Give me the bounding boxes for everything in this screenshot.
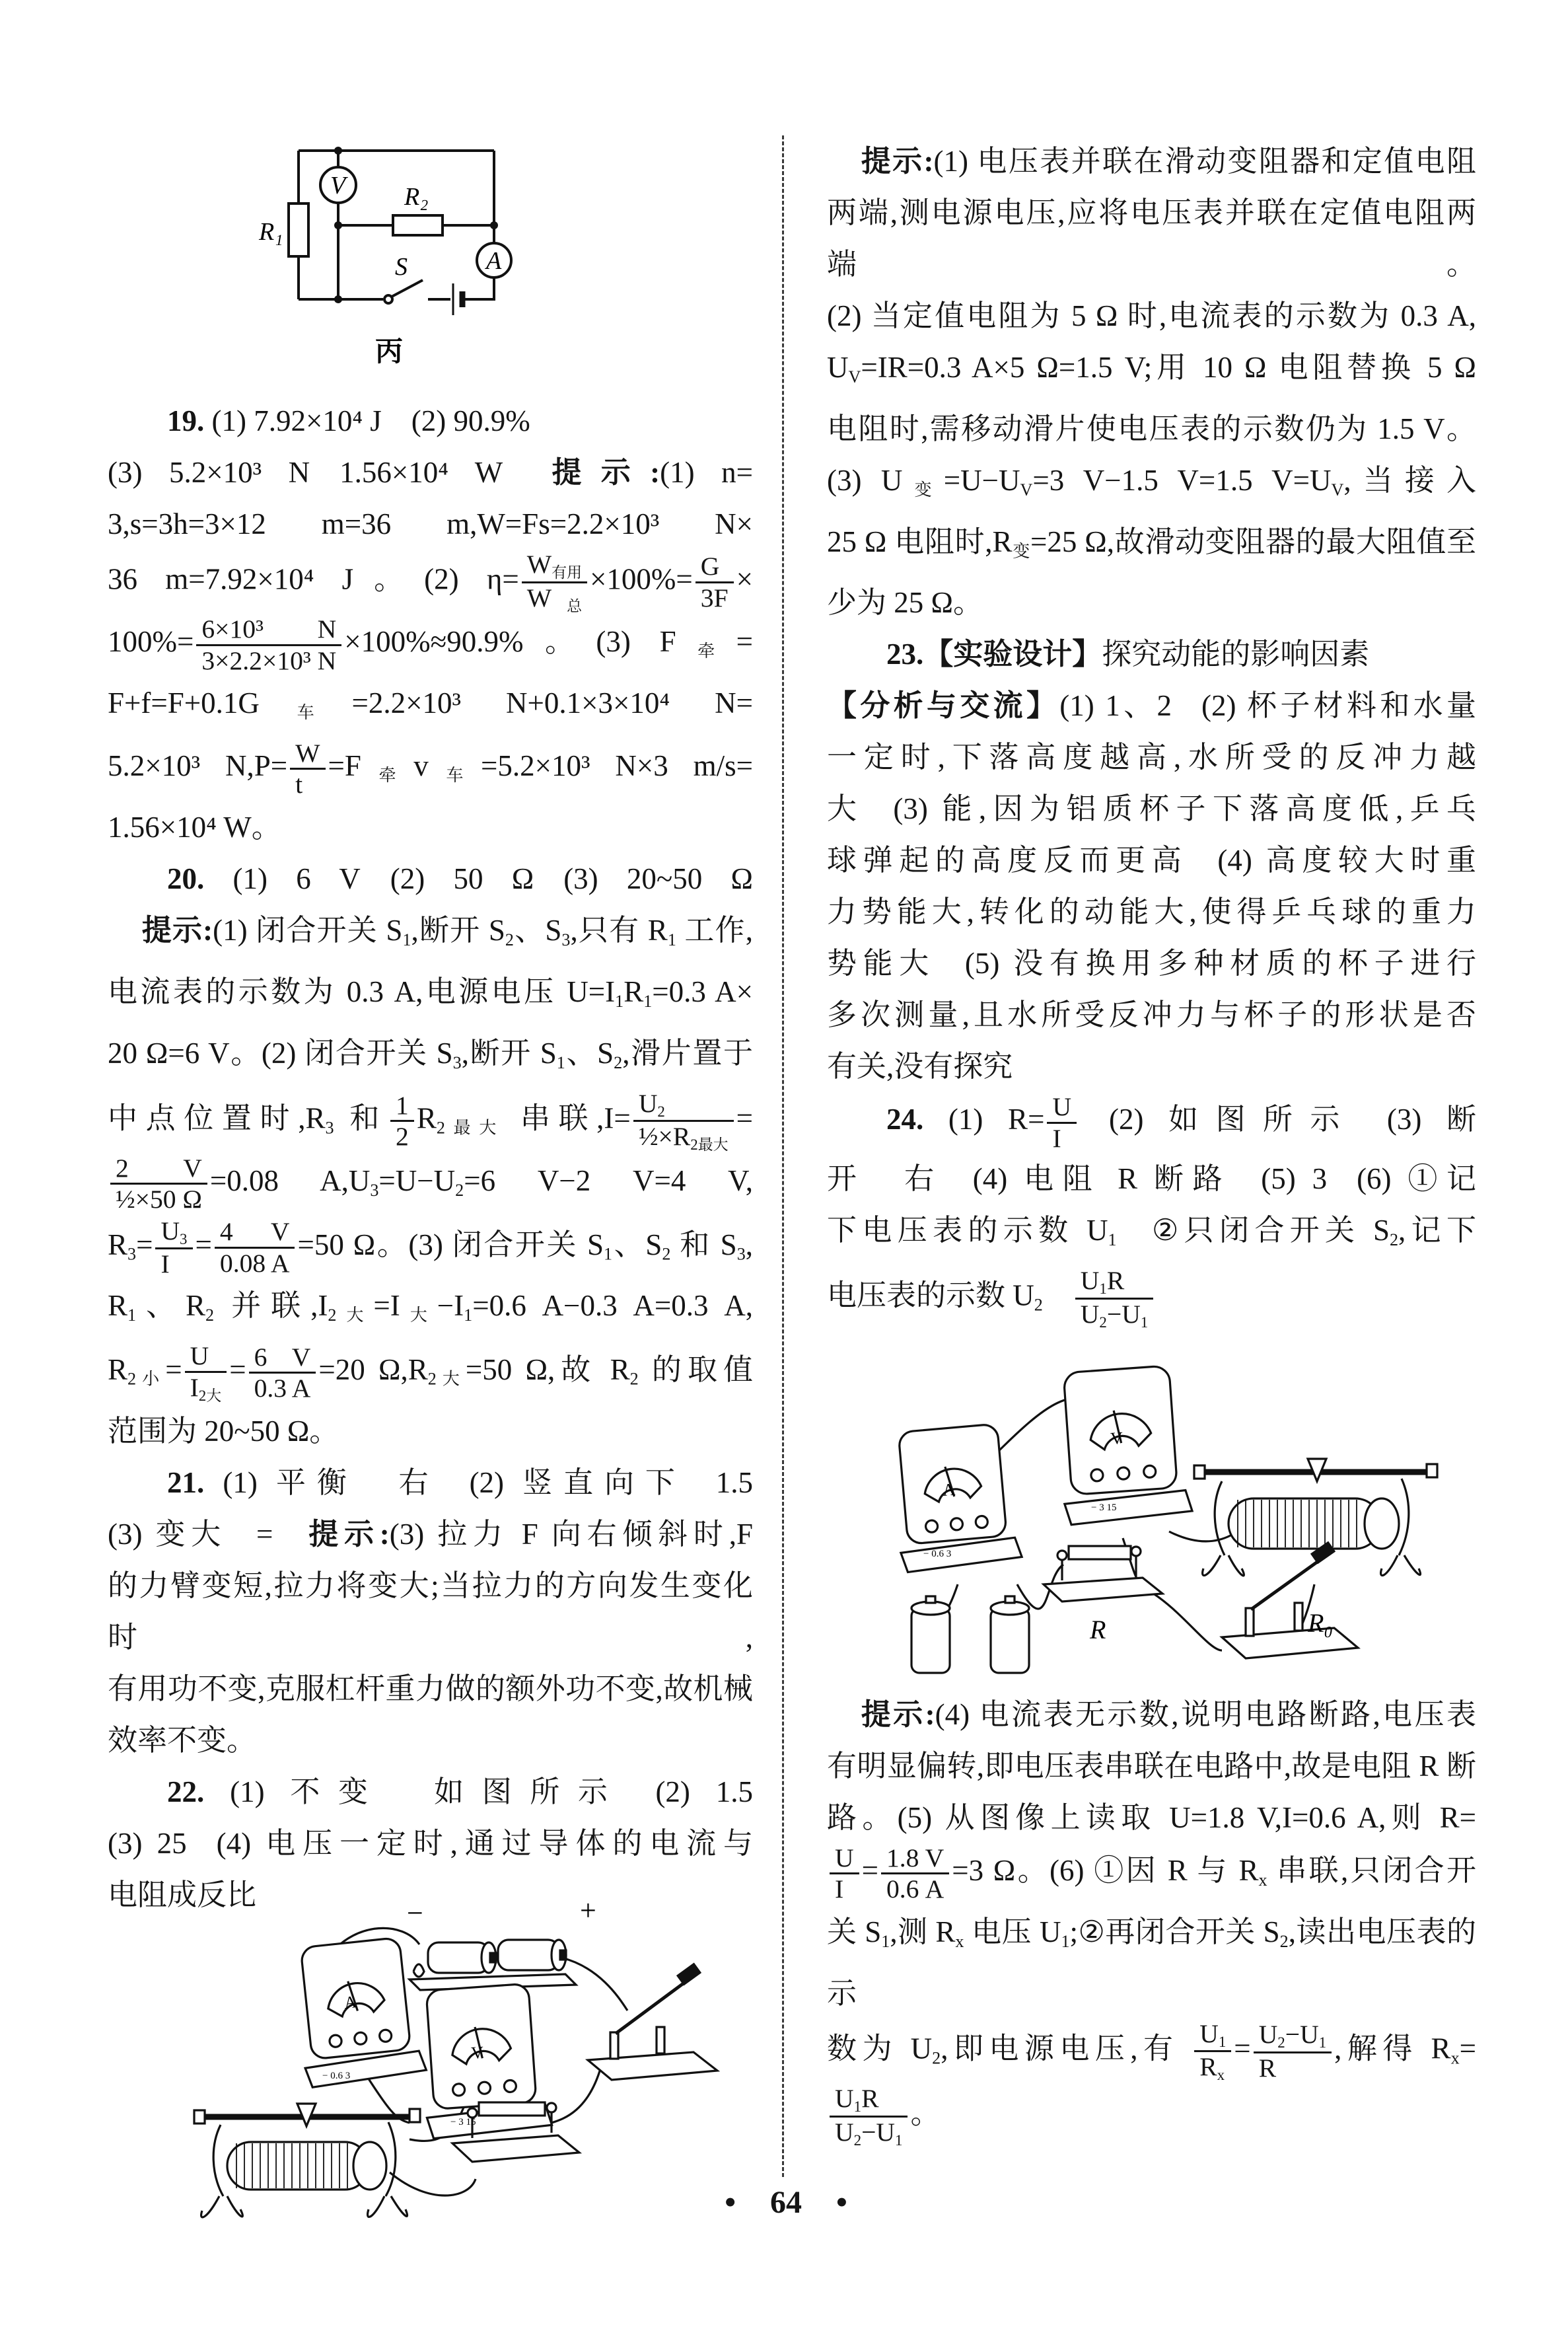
text-line: (3) 5.2×10³ N 1.56×10⁴ W 提示:(1) n= (108, 447, 753, 498)
text-line: (3) 变大 = 提示:(3) 拉力 F 向右倾斜时,F (108, 1508, 753, 1560)
text-line: 提示:(4) 电流表无示数,说明电路断路,电压表 (827, 1689, 1476, 1740)
text-line: 2 V½×50 Ω=0.08 A,U3=U−U2=6 V−2 V=4 V, (108, 1154, 753, 1216)
text-line: 提示:(1) 电压表并联在滑动变阻器和定值电阻 (827, 135, 1476, 187)
text-line: UI=1.8 V0.6 A=3 Ω。(6) ①因 R 与 Rx 串联,只闭合开 (827, 1843, 1476, 1906)
text-line: F+f=F+0.1G车=2.2×10³ N+0.1×3×10⁴ N= (108, 677, 753, 739)
voltmeter-terminal-marks: − 3 15 (1091, 1502, 1116, 1513)
text-line: 20. (1) 6 V (2) 50 Ω (3) 20~50 Ω (108, 853, 753, 904)
coil-body (1229, 1498, 1380, 1549)
switch-label: S (395, 253, 408, 281)
footer-bullet: • (725, 2185, 736, 2220)
text-line: 25 Ω 电阻时,R变=25 Ω,故滑动变阻器的最大阻值至 (827, 516, 1476, 577)
text-line: 少为 25 Ω。 (827, 577, 1476, 628)
text-line: 电流表的示数为 0.3 A,电源电压 U=I1R1=0.3 A× (108, 966, 753, 1027)
text-line: R2小=UI2大=6 V0.3 A=20 Ω,R2大=50 Ω,故 R2 的取值 (108, 1341, 753, 1405)
voltmeter-letter: V (470, 2043, 484, 2063)
text-line: 势能大 (5) 没有换用多种材质的杯子进行 (827, 938, 1476, 989)
resistor-R1-symbol (289, 203, 308, 256)
text-line: 力势能大,转化的动能大,使得乒乓球的重力 (827, 886, 1476, 938)
resistor-R-illustration (452, 2102, 579, 2162)
text-line: 关 S1,测 Rx 电压 U1;②再闭合开关 S2,读出电压表的示 (827, 1906, 1476, 2019)
switch-illustration (588, 1964, 717, 2080)
junction-dot (490, 221, 498, 229)
text-line: 球弹起的高度反而更高 (4) 高度较大时重 (827, 834, 1476, 886)
text-line: 范围为 20~50 Ω。 (108, 1405, 753, 1457)
text-line: (3) 25 (4) 电压一定时,通过导体的电流与 (108, 1818, 753, 1869)
text-line: (3) U变=U−UV=3 V−1.5 V=1.5 V=UV,当接入 (827, 455, 1476, 516)
footer-page-value: 64 (770, 2185, 802, 2220)
text-line: R1、R2 并联,I2大=I大−I1=0.6 A−0.3 A=0.3 A, (108, 1280, 753, 1341)
junction-dot (334, 147, 342, 155)
text-line: UV=IR=0.3 A×5 Ω=1.5 V;用 10 Ω 电阻替换 5 Ω (827, 342, 1476, 403)
wire (464, 277, 494, 299)
text-line: 多次测量,且水所受反冲力与杯子的形状是否 (827, 989, 1476, 1041)
right-column-top: 提示:(1) 电压表并联在滑动变阻器和定值电阻两端,测电源电压,应将电压表并联在… (827, 135, 1476, 1331)
resistor-R-label: R (1089, 1615, 1106, 1644)
text-line: 电阻时,需移动滑片使电压表的示数仍为 1.5 V。 (827, 403, 1476, 455)
resistor-plate (1044, 1578, 1162, 1602)
text-line: 数为 U2,即电源电压,有 U1Rx=U2−U1R,解得 Rx= (827, 2019, 1476, 2084)
junction-dot (334, 221, 342, 229)
column-divider (782, 135, 784, 2177)
voltmeter-terminal-marks: − 3 15 (450, 2117, 476, 2127)
text-line: 的力臂变短,拉力将变大;当拉力的方向发生变化时, (108, 1560, 753, 1663)
text-line: (2) 当定值电阻为 5 Ω 时,电流表的示数为 0.3 A, (827, 290, 1476, 342)
text-line: 中点位置时,R3 和12R2最大 串联,I=U2½×R2最大= (108, 1089, 753, 1154)
text-line: 提示:(1) 闭合开关 S1,断开 S2、S3,只有 R1 工作, (108, 904, 753, 966)
left-column: 19. (1) 7.92×10⁴ J (2) 90.9%(3) 5.2×10³ … (108, 395, 753, 1921)
battery-holder-illustration (410, 1940, 576, 1990)
text-line: 20 Ω=6 V。(2) 闭合开关 S3,断开 S1、S2,滑片置于 (108, 1027, 753, 1089)
switch-base (588, 2052, 717, 2080)
r2-label: R₂ (404, 183, 428, 211)
text-line: 有关,没有探究 (827, 1041, 1476, 1092)
battery-cells-illustration (911, 1596, 1029, 1673)
switch-handle (678, 1964, 700, 1985)
ammeter-letter: A (343, 1992, 358, 2012)
feet (201, 2196, 408, 2217)
text-line: 路。(5) 从图像上读取 U=1.8 V,I=0.6 A,则 R= (827, 1792, 1476, 1843)
switch-base (1222, 1628, 1358, 1658)
experiment-setup-illustration-24: A − 0.6 3 V − 3 15 R R₀ (852, 1366, 1486, 1683)
text-line: 1.56×10⁴ W。 (108, 801, 753, 853)
text-line: 19. (1) 7.92×10⁴ J (2) 90.9% (108, 395, 753, 447)
spring-contact (413, 1964, 424, 1977)
workbook-answer-page: R₁ R₂ V A S 丙 19. (1) 7.92×10⁴ J (2) 90.… (0, 0, 1568, 2325)
r1-label: R₁ (258, 218, 283, 246)
text-line: 下电压表的示数 U1 ②只闭合开关 S2,记下 (827, 1204, 1476, 1266)
voltmeter-letter: V (330, 172, 348, 200)
resistor-R2-symbol (393, 215, 443, 235)
text-line: 一定时,下落高度越高,水所受的反冲力越 (827, 731, 1476, 783)
text-line: 两端,测电源电压,应将电压表并联在定值电阻两端。 (827, 187, 1476, 290)
text-line: 效率不变。 (108, 1715, 753, 1766)
text-line: 5.2×10³ N,P=Wt=F牵v车=5.2×10³ N×3 m/s= (108, 739, 753, 801)
ammeter-illustration (890, 1422, 1022, 1572)
junction-dot (334, 295, 342, 303)
page-number: •64• (670, 2184, 902, 2221)
footer-bullet: • (836, 2185, 847, 2220)
ammeter-letter: A (942, 1479, 956, 1500)
ammeter-terminal-marks: − 0.6 3 (322, 2071, 350, 2081)
meter-base (1064, 1490, 1192, 1525)
rheostat-illustration (194, 2104, 420, 2217)
voltmeter-letter: V (1110, 1428, 1123, 1448)
resistor-R-illustration (1044, 1546, 1162, 1602)
ammeter-letter: A (484, 247, 502, 275)
text-line: 大 (3) 能,因为铝质杯子下落高度低,乒乓 (827, 783, 1476, 834)
battery-minus-sign: − (407, 1897, 423, 1929)
figure-caption: 丙 (375, 337, 403, 367)
circuit-diagram-figure: R₁ R₂ V A S 丙 (258, 131, 535, 375)
text-line: 100%=6×10³ N3×2.2×10³ N×100%≈90.9%。(3) F… (108, 614, 753, 677)
ammeter-illustration (293, 1936, 427, 2088)
text-line: 24. (1) R=UI (2) 如图所示 (3) 断 (827, 1092, 1476, 1153)
text-line: 有明显偏转,即电压表串联在电路中,故是电阻 R 断 (827, 1740, 1476, 1792)
experiment-setup-illustration-22: − + A − 0.6 3 V − 3 15 (192, 1895, 760, 2212)
rheostat-R0-label: R₀ (1307, 1608, 1333, 1638)
right-column-bottom: 提示:(4) 电流表无示数,说明电路断路,电压表有明显偏转,即电压表串联在电路中… (827, 1689, 1476, 2149)
text-line: R3=U3I=4 V0.08 A=50 Ω。(3) 闭合开关 S1、S2 和 S… (108, 1216, 753, 1280)
text-line: 22. (1) 不变 如图所示 (2) 1.5 (108, 1766, 753, 1818)
ammeter-terminal-marks: − 0.6 3 (923, 1549, 951, 1559)
text-line: 【分析与交流】(1) 1、2 (2) 杯子材料和水量 (827, 680, 1476, 731)
text-line: 3,s=3h=3×12 m=36 m,W=Fs=2.2×10³ N× (108, 498, 753, 550)
text-line: 开 右 (4) 电阻 R 断路 (5) 3 (6) ①记 (827, 1153, 1476, 1204)
voltmeter-illustration (1055, 1364, 1193, 1525)
switch-illustration (1222, 1543, 1358, 1658)
text-line: 有用功不变,克服杠杆重力做的额外功不变,故机械 (108, 1663, 753, 1715)
switch-lever (392, 280, 423, 297)
text-line: U1RU2−U1。 (827, 2084, 1476, 2149)
resistor-plate (452, 2135, 579, 2162)
text-line: 21. (1) 平衡 右 (2) 竖直向下 1.5 (108, 1457, 753, 1508)
wire (552, 2067, 601, 2123)
battery-plus-sign: + (580, 1894, 596, 1927)
text-line: 电压表的示数 U2 U1RU2−U1 (827, 1266, 1476, 1331)
switch-hinge (384, 295, 392, 303)
text-line: 23.【实验设计】探究动能的影响因素 (827, 628, 1476, 680)
wire (390, 2172, 476, 2196)
text-line: 36 m=7.92×10⁴ J。(2) η=W有用W总×100%=G3F× (108, 550, 753, 614)
